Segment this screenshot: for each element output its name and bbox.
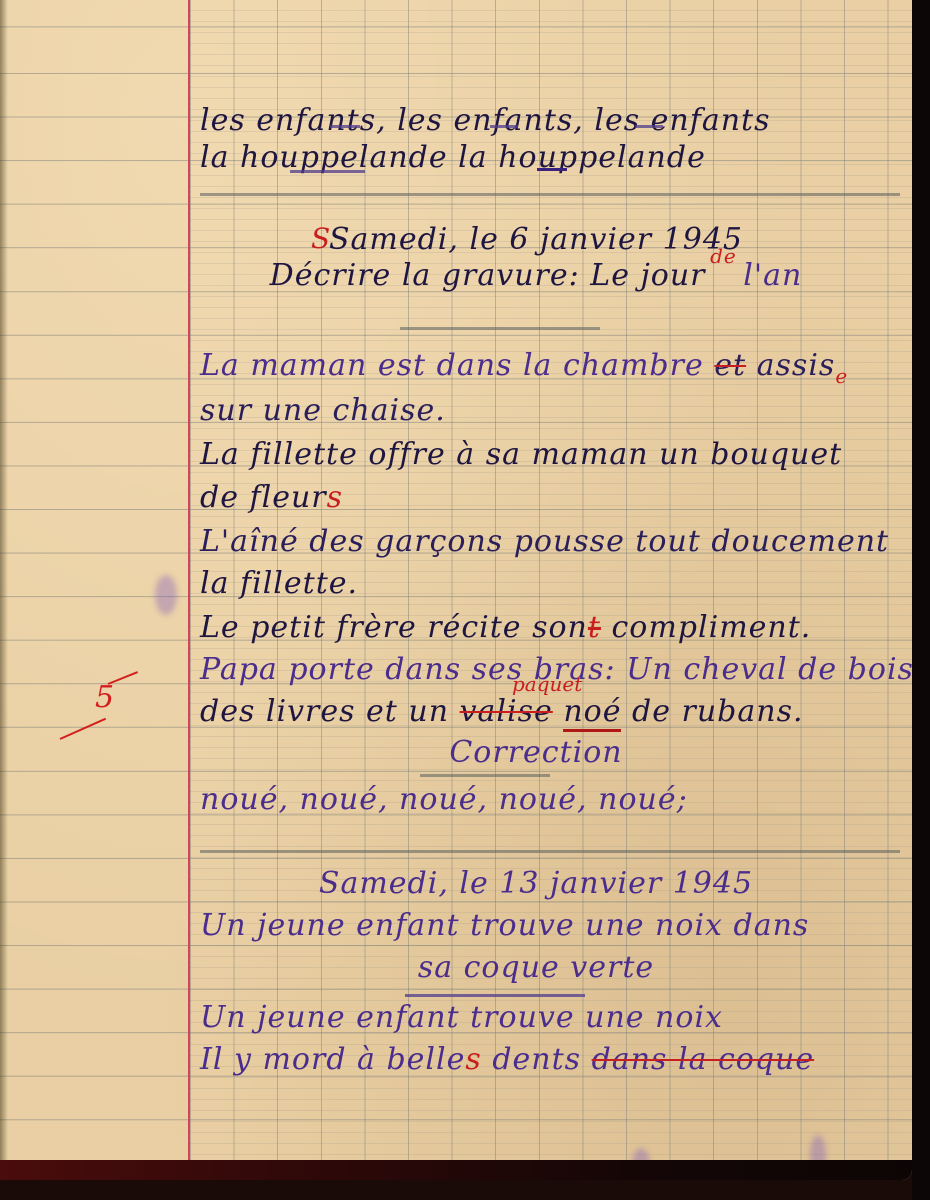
line-text: Le petit frère récite: [200, 610, 522, 645]
entry1-line-2: sur une chaise.: [200, 393, 882, 428]
grade-mark: 5: [95, 680, 114, 715]
teacher-insertion-paquet: paquet: [512, 672, 582, 696]
entry1-title: Décrire la gravure: Le jour de l'an: [190, 258, 882, 293]
underline-stroke: [537, 168, 567, 171]
right-edge: [912, 0, 930, 1200]
teacher-correction: e: [835, 364, 848, 388]
line-text: Il y mord à belle: [200, 1042, 465, 1077]
entry1-line-1: La maman est dans la chambre et assise: [200, 348, 882, 383]
notebook-page: les enfants, les enfants, les enfants la…: [0, 0, 912, 1180]
line-text: La maman est dans la chambre: [200, 348, 704, 383]
line-text: compliment.: [611, 610, 811, 645]
line-text: dents: [492, 1042, 581, 1077]
exercise-line-enfants: les enfants, les enfants, les enfants: [200, 103, 882, 138]
underline-stroke: [635, 125, 663, 128]
line-text: sa maman un bouquet: [486, 437, 842, 472]
title-divider: [400, 327, 600, 330]
page-edge-shadow: [0, 0, 8, 1180]
entry1-line-9: des livres et un valise noé de rubans.: [200, 694, 882, 729]
correction-line: noué, noué, noué, noué, noué;: [200, 782, 882, 817]
line-text: des livres et un: [200, 694, 449, 729]
entry1-line-5: L'aîné des garçons pousse tout doucement: [200, 524, 882, 559]
bottom-edge: [0, 1160, 912, 1180]
line-text: de rubans.: [632, 694, 804, 729]
section-divider: [200, 193, 900, 196]
ink-blot: [155, 575, 177, 615]
entry2-title-line2: sa coque verte: [190, 950, 882, 985]
teacher-correction: s: [465, 1042, 481, 1077]
underline-stroke: [290, 170, 365, 173]
underline-stroke: [490, 125, 518, 128]
date-correction-mark: S: [311, 222, 331, 255]
underlined-error: noé: [563, 694, 621, 732]
struck-word: et: [714, 348, 746, 383]
line-text: assis: [757, 348, 836, 383]
red-margin-line: [188, 0, 190, 1180]
entry1-line-7: Le petit frère récite sont compliment.: [200, 610, 882, 645]
struck-word: valise: [460, 694, 553, 729]
entry1-date-text: Samedi, le 6 janvier 1945: [329, 222, 743, 257]
title-text: Décrire la gravure: Le jour: [270, 258, 706, 293]
entry2-line-1: Un jeune enfant trouve une noix: [200, 1000, 882, 1035]
title-text-end: l'an: [743, 258, 802, 293]
entry1-line-4: de fleurs: [200, 480, 882, 515]
accented-word: à: [456, 437, 475, 472]
struck-phrase: dans la coque: [592, 1042, 815, 1077]
entry1-line-3: La fillette offre à sa maman un bouquet: [200, 437, 882, 472]
correction-underline: [420, 774, 550, 777]
title-underline: [405, 994, 585, 997]
entry1-line-6: la fillette.: [200, 566, 882, 601]
entry2-line-2: Il y mord à belles dents dans la coque: [200, 1042, 882, 1077]
teacher-cross-mark: t: [588, 610, 601, 645]
entry1-date: SSamedi, le 6 janvier 1945: [190, 222, 882, 257]
teacher-insertion: de: [710, 244, 737, 268]
underline-stroke: [330, 125, 360, 128]
teacher-correction: s: [327, 480, 343, 515]
entry2-date: Samedi, le 13 janvier 1945: [190, 866, 882, 901]
entry2-title-line1: Un jeune enfant trouve une noix dans: [200, 908, 882, 943]
correction-heading: Correction: [190, 735, 882, 770]
section-divider: [200, 850, 900, 853]
word-son: son: [532, 610, 588, 645]
line-text: de fleur: [200, 480, 327, 515]
line-text: La fillette offre: [200, 437, 446, 472]
